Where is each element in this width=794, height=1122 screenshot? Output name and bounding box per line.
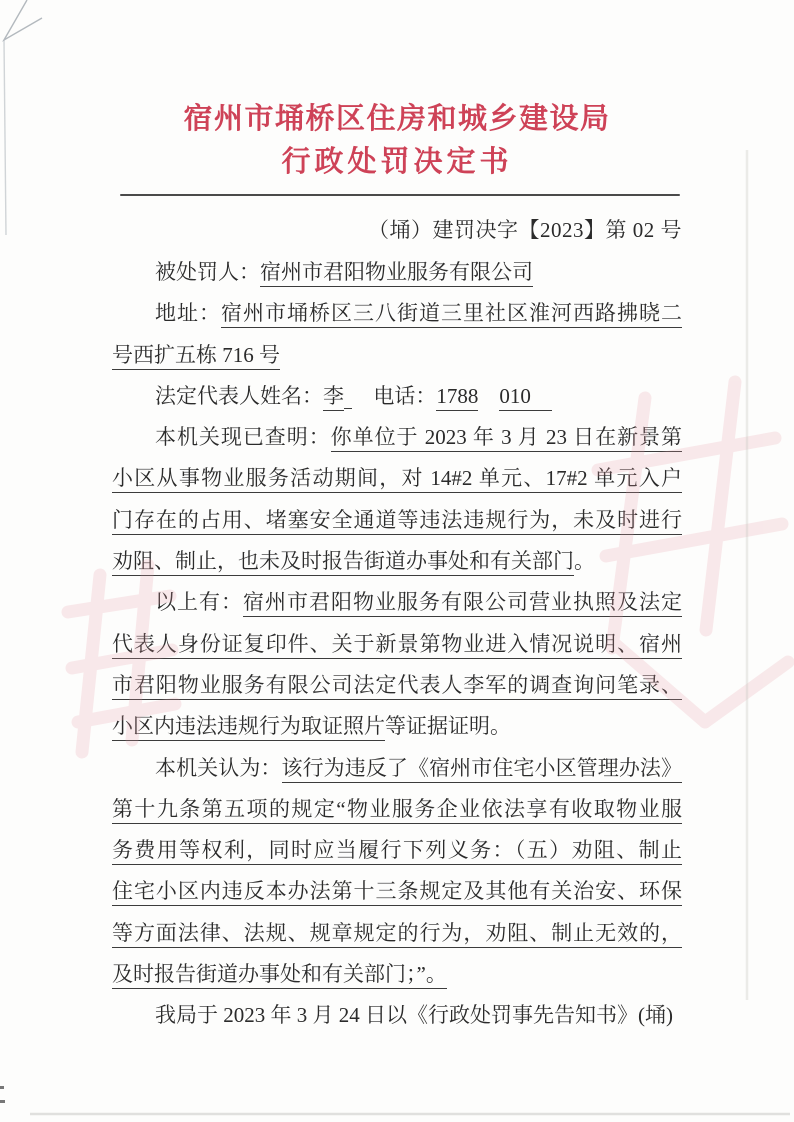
underlined-text: 第十九条第五项的规定“物业服务企业依法享有收取物业服 xyxy=(112,797,682,824)
underlined-text: 小区从事物业服务活动期间，对 14#2 单元、17#2 单元入户 xyxy=(112,466,682,493)
plain-text: 等证据证明。 xyxy=(385,714,511,738)
text-line: 本机关认为：该行为违反了《宿州市住宅小区管理办法》 xyxy=(112,748,682,789)
underlined-text: 李 xyxy=(323,384,344,411)
underlined-text: 宿州市君阳物业服务有限公司营业执照及法定 xyxy=(243,590,682,617)
underlined-text: 及时报告街道办事处和有关部门；”。 xyxy=(112,962,447,989)
text-line: 号西扩五栋 716 号 xyxy=(112,335,682,376)
plain-text xyxy=(352,384,373,408)
text-line: 务费用等权利，同时应当履行下列义务：（五）劝阻、制止 xyxy=(112,830,682,871)
text-line: 等方面法律、法规、规章规定的行为，劝阻、制止无效的， xyxy=(112,913,682,954)
plain-text: 以上有： xyxy=(155,590,243,614)
text-line: 法定代表人姓名：李军 电话：1788 010 xyxy=(112,376,682,417)
underlined-text xyxy=(531,384,552,411)
underlined-text: 市君阳物业服务有限公司法定代表人李军的调查询问笔录、 xyxy=(112,673,682,700)
plain-text: 本机关认为： xyxy=(155,756,282,780)
document-number: （埇）建罚决字【2023】第 02 号 xyxy=(368,214,682,244)
text-line: 被处罚人：宿州市君阳物业服务有限公司 xyxy=(112,252,682,293)
underlined-text: 号西扩五栋 716 号 xyxy=(112,343,280,370)
plain-text: 我局于 2023 年 3 月 24 日以《行政处罚事先告知书》(埇) xyxy=(155,1003,673,1027)
plain-text xyxy=(478,384,499,408)
underlined-text: 1788 xyxy=(436,384,478,411)
underlined-text: 门存在的占用、堵塞安全通道等违法违规行为，未及时进行 xyxy=(112,508,682,535)
text-line: 门存在的占用、堵塞安全通道等违法违规行为，未及时进行 xyxy=(112,500,682,541)
text-line: 以上有：宿州市君阳物业服务有限公司营业执照及法定 xyxy=(112,582,682,623)
plain-text: 地址： xyxy=(155,301,221,325)
title-doc-type: 行政处罚决定书 xyxy=(0,141,794,183)
text-line: 我局于 2023 年 3 月 24 日以《行政处罚事先告知书》(埇) xyxy=(112,995,682,1036)
underlined-text: 住宅小区内违反本办法第十三条规定及其他有关治安、环保 xyxy=(112,879,682,906)
text-line: 劝阻、制止，也未及时报告街道办事处和有关部门。 xyxy=(112,541,682,582)
text-line: 本机关现已查明：你单位于 2023 年 3 月 23 日在新景第 xyxy=(112,417,682,458)
underlined-text: 小区内违法违规行为取证照片 xyxy=(112,714,385,741)
text-line: 住宅小区内违反本办法第十三条规定及其他有关治安、环保 xyxy=(112,871,682,912)
text-line: 小区内违法违规行为取证照片等证据证明。 xyxy=(112,706,682,747)
plain-text: 被处罚人： xyxy=(155,260,260,284)
plain-text: 法定代表人姓名： xyxy=(155,384,323,408)
plain-text: 电话： xyxy=(373,384,436,408)
underlined-text: 等方面法律、法规、规章规定的行为，劝阻、制止无效的， xyxy=(112,921,682,948)
underlined-text: 宿州市埇桥区三八街道三里社区淮河西路拂晓二 xyxy=(221,301,682,328)
header-separator-rule xyxy=(120,194,680,196)
underlined-text: 你单位于 2023 年 3 月 23 日在新景第 xyxy=(331,425,682,452)
plain-text: 。 xyxy=(574,549,595,573)
text-line: 及时报告街道办事处和有关部门；”。 xyxy=(112,954,682,995)
title-agency: 宿州市埇桥区住房和城乡建设局 xyxy=(0,97,794,141)
text-line: 第十九条第五项的规定“物业服务企业依法享有收取物业服 xyxy=(112,789,682,830)
text-line: 市君阳物业服务有限公司法定代表人李军的调查询问笔录、 xyxy=(112,665,682,706)
plain-text: 本机关现已查明： xyxy=(155,425,331,449)
underlined-text: 代表人身份证复印件、关于新景第物业进入情况说明、宿州 xyxy=(112,632,682,659)
document-title: 宿州市埇桥区住房和城乡建设局 行政处罚决定书 xyxy=(0,97,794,183)
document-body: 被处罚人：宿州市君阳物业服务有限公司地址：宿州市埇桥区三八街道三里社区淮河西路拂… xyxy=(112,252,682,1037)
underlined-text: 务费用等权利，同时应当履行下列义务：（五）劝阻、制止 xyxy=(112,838,682,865)
underlined-text: 该行为违反了《宿州市住宅小区管理办法》 xyxy=(282,756,683,783)
text-line: 地址：宿州市埇桥区三八街道三里社区淮河西路拂晓二 xyxy=(112,293,682,334)
text-line: 小区从事物业服务活动期间，对 14#2 单元、17#2 单元入户 xyxy=(112,458,682,499)
underlined-text: 010 xyxy=(499,384,531,411)
text-line: 代表人身份证复印件、关于新景第物业进入情况说明、宿州 xyxy=(112,624,682,665)
underlined-text: 劝阻、制止，也未及时报告街道办事处和有关部门 xyxy=(112,549,574,576)
scanned-document-page: 宿州市埇桥区住房和城乡建设局 行政处罚决定书 （埇）建罚决字【2023】第 02… xyxy=(0,0,794,1122)
underlined-text: 宿州市君阳物业服务有限公司 xyxy=(260,260,533,287)
